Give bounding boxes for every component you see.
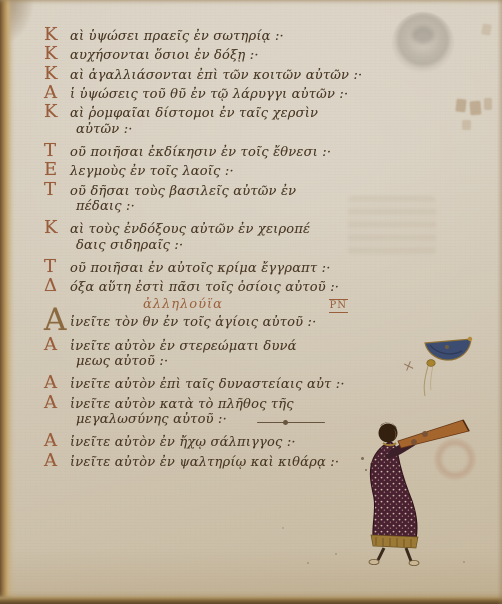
text-line: Αἰνεῖτε αὐτὸν ἐν ψαλτηρίῳ καὶ κιθάρᾳ :· <box>44 452 396 471</box>
text-line: Αἰνεῖτε αὐτὸν ἐπὶ ταῖς δυναστείαις αὐτ :… <box>44 374 396 393</box>
initial-letter: Α <box>44 452 70 470</box>
text-line: Καὶ ῥομφαῖαι δίστομοι ἐν ταῖς χερσὶν <box>44 103 396 122</box>
greek-text: ἰνεῖτε αὐτὸν ἐπὶ ταῖς δυναστείαις αὐτ :· <box>70 378 345 391</box>
initial-letter: Τ <box>44 258 70 276</box>
rubric-row: ἀλληλούϊαΡΝ <box>44 297 396 316</box>
greek-text: όξα αὕτη ἐστὶ πᾶσι τοῖς ὁσίοις αὐτοῦ :· <box>70 281 339 294</box>
initial-letter: Α <box>44 394 70 412</box>
marginal-ink-mark <box>470 101 482 116</box>
marginal-cross-mark <box>404 361 414 371</box>
greek-text: δαις σιδηραῖς :· <box>70 239 183 252</box>
text-line: μεγαλωσύνης αὐτοῦ :· <box>44 413 396 432</box>
initial-letter: Κ <box>44 219 70 237</box>
marginal-ink-mark <box>455 99 466 113</box>
ink-speck <box>361 457 364 460</box>
text-line: πέδαις :· <box>44 200 396 219</box>
text-line: Καυχήσονται ὅσιοι ἐν δόξῃ :· <box>44 45 396 64</box>
ink-speck <box>463 561 465 563</box>
text-line: Τοῦ ποιῆσαι ἐν αὐτοῖς κρίμα ἔγγραπτ :· <box>44 258 396 277</box>
greek-text: αὶ ῥομφαῖαι δίστομοι ἐν ταῖς χερσὶν <box>70 107 318 120</box>
greek-text: οῦ δῆσαι τοὺς βασιλεῖς αὐτῶν ἐν <box>70 185 296 198</box>
initial-letter: Κ <box>44 103 70 121</box>
greek-text: αυχήσονται ὅσιοι ἐν δόξῃ :· <box>70 49 259 62</box>
ink-speck <box>365 469 367 471</box>
greek-text: λεγμοὺς ἐν τοῖς λαοῖς :· <box>70 165 234 178</box>
page-top-edge <box>0 0 502 6</box>
greek-text: πέδαις :· <box>70 200 135 213</box>
greek-text: ἰνεῖτε αὐτὸν κατὰ τὸ πλῆθος τῆς <box>70 398 294 411</box>
initial-letter: Α <box>44 84 70 102</box>
text-line: Καὶ τοὺς ἐνδόξους αὐτῶν ἐν χειροπέ <box>44 219 396 238</box>
psalm-text-block: Καὶ ὑψώσει πραεῖς ἐν σωτηρίᾳ :·Καυχήσοντ… <box>44 26 396 471</box>
text-line: Αἱ ὑψώσεις τοῦ θῦ ἐν τῷ λάρυγγι αὐτῶν :· <box>44 84 396 103</box>
ink-speck <box>282 527 284 529</box>
text-line: Αἰνεῖτε αὐτὸν κατὰ τὸ πλῆθος τῆς <box>44 394 396 413</box>
heaven-segment-icon <box>420 333 480 403</box>
initial-letter: Α <box>44 432 70 450</box>
text-line: Αἰνεῖτε αὐτὸν ἐν ἤχῳ σάλπιγγος :· <box>44 432 396 451</box>
initial-letter: Τ <box>44 181 70 199</box>
ink-speck <box>370 463 372 465</box>
alleluia-rubric: ἀλληλούϊα <box>143 297 223 312</box>
page-right-edge <box>497 0 502 604</box>
greek-text: οῦ ποιῆσαι ἐκδίκησιν ἐν τοῖς ἔθνεσι :· <box>70 146 331 159</box>
text-line: Δόξα αὕτη ἐστὶ πᾶσι τοῖς ὁσίοις αὐτοῦ :· <box>44 277 396 296</box>
greek-text: μεως αὐτοῦ :· <box>70 355 168 368</box>
initial-letter: Α <box>44 336 70 354</box>
greek-text: αὶ ὑψώσει πραεῖς ἐν σωτηρίᾳ :· <box>70 30 284 43</box>
greek-text: αὶ τοὺς ἐνδόξους αὐτῶν ἐν χειροπέ <box>70 223 310 236</box>
greek-text: ἰνεῖτε τὸν θν ἐν τοῖς ἁγίοις αὐτοῦ :· <box>70 316 316 329</box>
greek-text: αὶ ἀγαλλιάσονται ἐπὶ τῶν κοιτῶν αὐτῶν :· <box>70 69 362 82</box>
manuscript-page-photo: Καὶ ὑψώσει πραεῖς ἐν σωτηρίᾳ :·Καυχήσοντ… <box>0 0 502 604</box>
greek-text: ἰνεῖτε αὐτὸν ἐν ψαλτηρίῳ καὶ κιθάρᾳ :· <box>70 456 339 469</box>
text-line: δαις σιδηραῖς :· <box>44 239 396 258</box>
marginal-ink-mark <box>462 120 471 130</box>
greek-text: ἰνεῖτε αὐτὸν ἐν ἤχῳ σάλπιγγος :· <box>70 436 296 449</box>
ink-speck <box>307 562 309 564</box>
faded-round-stamp <box>392 12 454 74</box>
text-line: Ελεγμοὺς ἐν τοῖς λαοῖς :· <box>44 161 396 180</box>
greek-text: οῦ ποιῆσαι ἐν αὐτοῖς κρίμα ἔγγραπτ :· <box>70 262 331 275</box>
initial-letter: Τ <box>44 142 70 160</box>
line-filler-stroke <box>257 421 325 424</box>
marginal-ink-mark <box>481 23 492 35</box>
greek-text: μεγαλωσύνης αὐτοῦ :· <box>70 413 227 426</box>
initial-letter: Δ <box>44 277 70 295</box>
text-line: αὐτῶν :· <box>44 123 396 142</box>
page-left-edge <box>0 0 15 604</box>
initial-letter: Α <box>44 374 70 392</box>
text-line: Καὶ ἀγαλλιάσονται ἐπὶ τῶν κοιτῶν αὐτῶν :… <box>44 65 396 84</box>
initial-letter: Ε <box>44 161 70 179</box>
text-line: Αἰνεῖτε τὸν θν ἐν τοῖς ἁγίοις αὐτοῦ :· <box>44 316 396 335</box>
psalm-number: ΡΝ <box>329 299 348 314</box>
page-bottom-edge <box>0 591 502 604</box>
trumpeter-illustration <box>356 410 480 572</box>
text-line: Καὶ ὑψώσει πραεῖς ἐν σωτηρίᾳ :· <box>44 26 396 45</box>
marginal-ink-mark <box>484 98 492 110</box>
greek-text: ἰνεῖτε αὐτὸν ἐν στερεώματι δυνά <box>70 340 297 353</box>
text-line: μεως αὐτοῦ :· <box>44 355 396 374</box>
ink-speck <box>335 553 337 555</box>
greek-text: αὐτῶν :· <box>70 123 133 136</box>
greek-text: ἱ ὑψώσεις τοῦ θῦ ἐν τῷ λάρυγγι αὐτῶν :· <box>70 88 348 101</box>
text-line: Τοῦ δῆσαι τοὺς βασιλεῖς αὐτῶν ἐν <box>44 181 396 200</box>
text-line: Αἰνεῖτε αὐτὸν ἐν στερεώματι δυνά <box>44 336 396 355</box>
text-line: Τοῦ ποιῆσαι ἐκδίκησιν ἐν τοῖς ἔθνεσι :· <box>44 142 396 161</box>
